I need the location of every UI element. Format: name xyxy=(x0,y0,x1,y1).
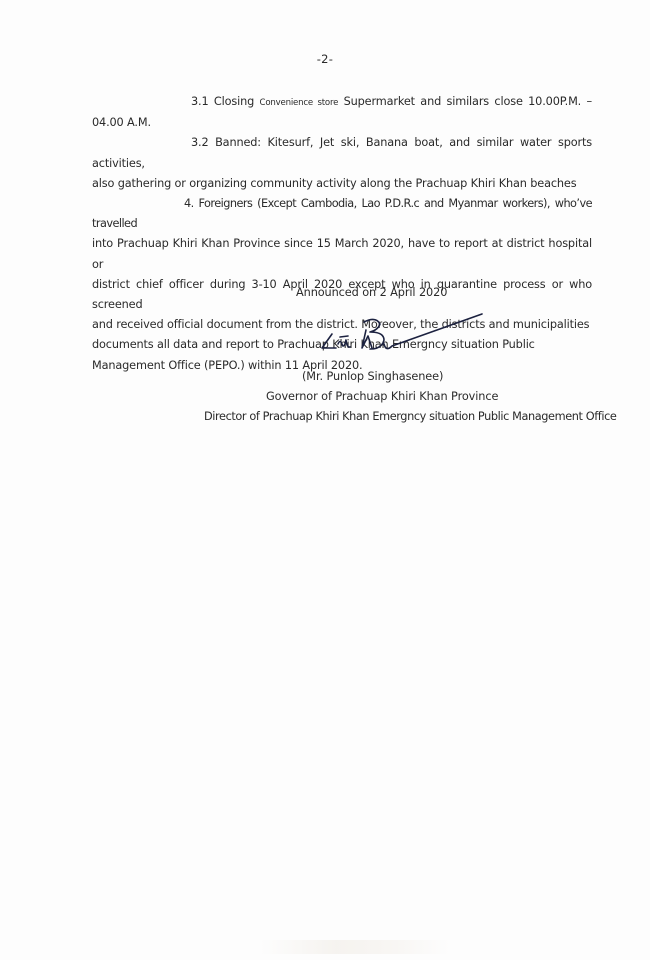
section-3-1-prefix: 3.1 Closing xyxy=(191,95,254,108)
section-3-2-line2: also gathering or organizing community a… xyxy=(92,174,592,194)
section-3-2-line1: 3.2 Banned: Kitesurf, Jet ski, Banana bo… xyxy=(92,133,592,173)
signatory-title-director: Director of Prachuap Khiri Khan Emergncy… xyxy=(204,410,616,423)
signature-image xyxy=(318,308,488,358)
announcement-date: Announced on 2 April 2020 xyxy=(296,286,447,299)
page-number: -2- xyxy=(0,52,650,66)
section-4-line1: 4. Foreigners (Except Cambodia, Lao P.D.… xyxy=(92,194,592,234)
section-3-1: 3.1 Closing Convenience store Supermarke… xyxy=(92,92,592,133)
scan-artifact xyxy=(260,940,450,954)
section-3-1-small: Convenience store xyxy=(260,98,339,108)
section-3-1-rest: Supermarket and similars close 10.00P.M.… xyxy=(92,95,592,129)
signatory-title-governor: Governor of Prachuap Khiri Khan Province xyxy=(266,390,498,403)
signatory-name: (Mr. Punlop Singhasenee) xyxy=(302,370,443,383)
section-4-line2: into Prachuap Khiri Khan Province since … xyxy=(92,234,592,274)
document-page: -2- 3.1 Closing Convenience store Superm… xyxy=(0,0,650,960)
